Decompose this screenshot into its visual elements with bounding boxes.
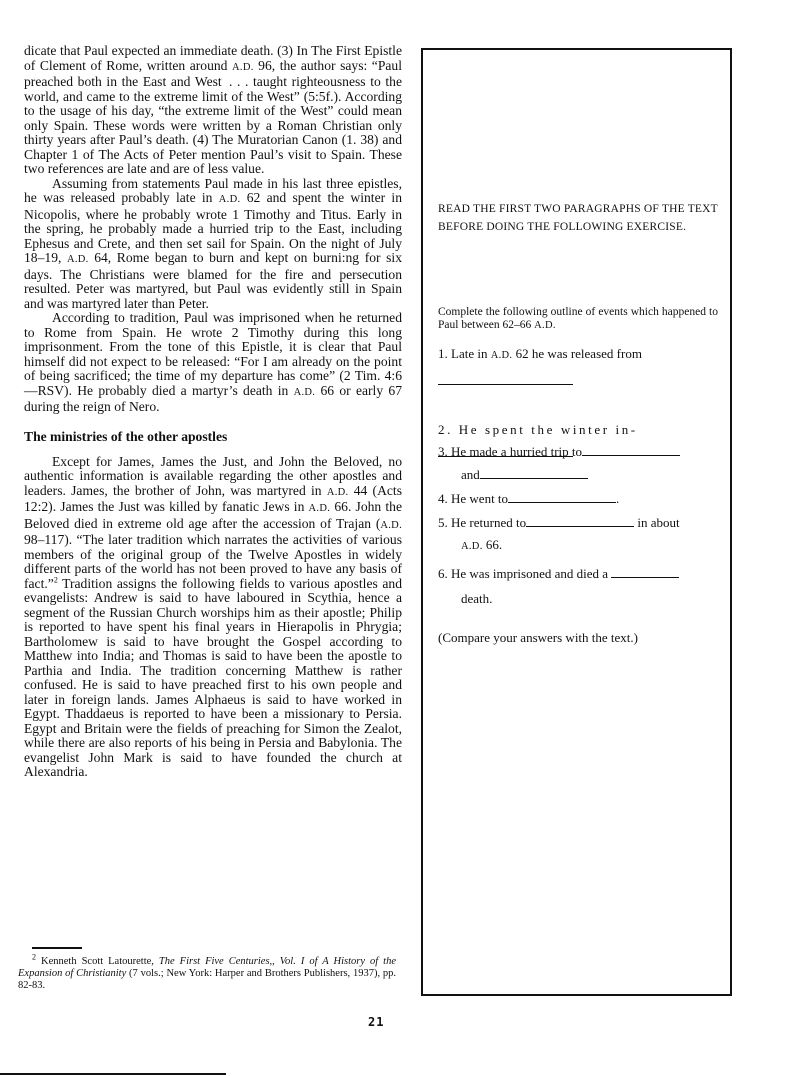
- exercise-instruction: READ THE FIRST TWO PARAGRAPHS OF THE TEX…: [438, 201, 728, 236]
- answer-blank-4[interactable]: [508, 491, 616, 503]
- answer-blank-5[interactable]: [526, 515, 634, 527]
- main-text-column: dicate that Paul expected an immediate d…: [24, 44, 402, 780]
- answer-blank-6[interactable]: [611, 566, 679, 578]
- paragraph-1: dicate that Paul expected an immediate d…: [24, 44, 402, 177]
- paragraph-4: Except for James, James the Just, and Jo…: [24, 455, 402, 780]
- page-number: 21: [368, 1015, 384, 1029]
- footnote-title: The First Five Centuries,: [159, 956, 272, 967]
- compare-note: (Compare your answers with the text.): [438, 630, 638, 646]
- answer-blank-1[interactable]: [438, 384, 573, 385]
- section-heading: The ministries of the other apostles: [24, 429, 402, 445]
- exercise-item-4: 4. He went to.: [438, 491, 723, 507]
- exercise-item-1: 1. Late in A.D. 62 he was released from: [438, 346, 723, 385]
- answer-blank-3b[interactable]: [480, 467, 588, 479]
- paragraph-2: Assuming from statements Paul made in hi…: [24, 177, 402, 312]
- footnote: 2 Kenneth Scott Latourette, The First Fi…: [18, 956, 396, 992]
- answer-blank-3a[interactable]: [582, 444, 680, 456]
- exercise-item-6: 6. He was imprisoned and died a death.: [438, 566, 723, 607]
- exercise-item-5: 5. He returned to in about A.D. 66.: [438, 515, 723, 555]
- bottom-rule: [0, 1073, 226, 1075]
- paragraph-3: According to tradition, Paul was impriso…: [24, 311, 402, 415]
- footnote-divider: [32, 947, 82, 949]
- exercise-prompt: Complete the following outline of events…: [438, 306, 718, 332]
- exercise-box: READ THE FIRST TWO PARAGRAPHS OF THE TEX…: [421, 48, 732, 996]
- exercise-item-3-line: 3. He made a hurried trip to and: [438, 444, 723, 483]
- footnote-marker: 2: [32, 953, 36, 962]
